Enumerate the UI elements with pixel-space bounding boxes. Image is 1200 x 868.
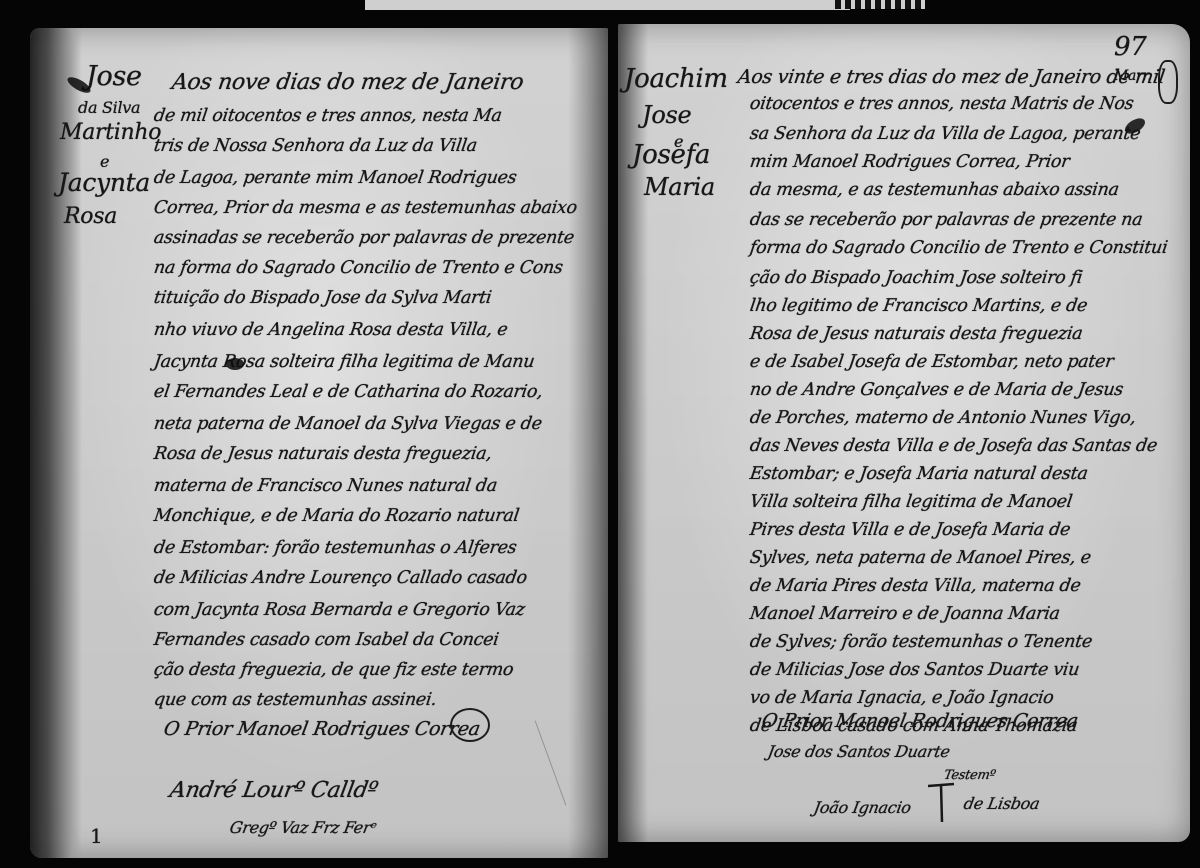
- entry-line: lho legitimo de Francisco Martins, e de: [749, 296, 1089, 316]
- signature-jose-dos-santos-duarte: Jose dos Santos Duarte: [766, 742, 951, 761]
- signature-prior: O Prior Manoel Rodrigues Correa: [162, 718, 482, 740]
- entry-line: na forma do Sagrado Concilio de Trento e…: [153, 258, 564, 278]
- entry-line: vo de Maria Ignacia, e João Ignacio: [749, 688, 1055, 708]
- entry-line: de Sylves; forão testemunhas o Tenente: [749, 632, 1094, 652]
- entry-line: Correa, Prior da mesma e as testemunhas …: [153, 198, 579, 218]
- right-page: 97 Marr. Joachim Jose e Josefa Maria Aos…: [618, 24, 1190, 842]
- left-page: Jose da Silva Martinho e Jacynta Rosa Ao…: [30, 28, 608, 858]
- margin-name-martinho: Martinho: [60, 118, 161, 148]
- entry-line: Fernandes casado com Isabel da Concei: [153, 630, 500, 650]
- entry-line: de Porches, materno de Antonio Nunes Vig…: [749, 408, 1138, 428]
- folio-number: 97: [1114, 32, 1146, 62]
- entry-line: de Estombar: forão testemunhas o Alferes: [153, 538, 518, 558]
- margin-name-joachim: Joachim: [624, 64, 728, 94]
- signature-de-lisboa: de Lisboa: [962, 794, 1041, 813]
- margin-name-rosa: Rosa: [64, 202, 117, 232]
- ink-blot: [226, 358, 244, 370]
- entry-line: assinadas se receberão por palavras de p…: [153, 228, 576, 248]
- margin-name-jose: Jose: [642, 100, 691, 130]
- gutter-shadow: [568, 28, 608, 858]
- entry-line: ção do Bispado Joachim Jose solteiro fi: [749, 268, 1084, 288]
- paper-crease: [535, 721, 567, 806]
- page-mark: 1: [90, 824, 102, 848]
- entry-line: Manoel Marreiro e de Joanna Maria: [749, 604, 1061, 624]
- entry-line: Estombar; e Josefa Maria natural desta: [749, 464, 1089, 484]
- entry-line: de mil oitocentos e tres annos, nesta Ma: [153, 106, 503, 126]
- signature-joao-ignacio: João Ignacio: [812, 798, 912, 817]
- entry-line: de Milicias Jose dos Santos Duarte viu: [749, 660, 1081, 680]
- entry-line: de Maria Pires desta Villa, materna de: [749, 576, 1082, 596]
- entry-line: Jacynta Rosa solteira filha legitima de …: [153, 352, 536, 372]
- page-edge-shadow: [30, 28, 82, 858]
- entry-line: forma do Sagrado Concilio de Trento e Co…: [749, 238, 1169, 258]
- entry-line: com Jacynta Rosa Bernarda e Gregorio Vaz: [153, 600, 526, 620]
- entry-line: Sylves, neta paterna de Manoel Pires, e: [749, 548, 1093, 568]
- signature-prior: O Prior Manoel Rodrigues Correa: [760, 710, 1080, 732]
- entry-line: Aos vinte e tres dias do mez de Janeiro …: [736, 66, 1166, 88]
- margin-name-jose: Jose: [86, 62, 142, 92]
- ruler-marks: [835, 0, 925, 9]
- entry-line: Pires desta Villa e de Josefa Maria de: [749, 520, 1072, 540]
- entry-line: Villa solteira filha legitima de Manoel: [749, 492, 1074, 512]
- cross-mark-icon: [926, 780, 956, 824]
- margin-name-da-silva: da Silva: [78, 98, 140, 117]
- entry-line: oitocentos e tres annos, nesta Matris de…: [749, 94, 1135, 114]
- entry-line: Rosa de Jesus naturais desta freguezia: [749, 324, 1084, 344]
- margin-name-josefa: Josefa: [632, 140, 710, 170]
- entry-line: de Lagoa, perante mim Manoel Rodrigues: [153, 168, 518, 188]
- margin-name-jacynta: Jacynta: [58, 168, 150, 198]
- book-scan: Jose da Silva Martinho e Jacynta Rosa Ao…: [0, 0, 1200, 868]
- signature-gregorio-vaz: Gregº Vaz Frz Ferᵉ: [228, 818, 378, 837]
- entry-line: e de Isabel Josefa de Estombar, neto pat…: [749, 352, 1115, 372]
- entry-line: de Milicias Andre Lourenço Callado casad…: [153, 568, 529, 588]
- entry-line: tris de Nossa Senhora da Luz da Villa: [153, 136, 479, 156]
- entry-line: sa Senhora da Luz da Villa de Lagoa, per…: [749, 124, 1142, 144]
- entry-line: materna de Francisco Nunes natural da: [153, 476, 499, 496]
- entry-line: das se receberão por palavras de prezent…: [749, 210, 1144, 230]
- entry-line: Rosa de Jesus naturais desta freguezia,: [153, 444, 493, 464]
- entry-line: da mesma, e as testemunhas abaixo assina: [749, 180, 1120, 200]
- entry-line: tituição do Bispado Jose da Sylva Marti: [153, 288, 493, 308]
- signature-flourish: [450, 708, 490, 742]
- entry-line: el Fernandes Leal e de Catharina do Roza…: [153, 382, 544, 402]
- entry-line: Monchique, e de Maria do Rozario natural: [153, 506, 521, 526]
- signature-andre-lourenco: André Lourº Calldº: [168, 778, 380, 803]
- entry-line: ção desta freguezia, de que fiz este ter…: [153, 660, 515, 680]
- scanner-ruler-tab: [365, 0, 850, 10]
- entry-line: nho viuvo de Angelina Rosa desta Villa, …: [153, 320, 509, 340]
- entry-line: mim Manoel Rodrigues Correa, Prior: [749, 152, 1071, 172]
- entry-line: das Neves desta Villa e de Josefa das Sa…: [749, 436, 1159, 456]
- margin-name-maria: Maria: [644, 172, 715, 202]
- entry-line: que com as testemunhas assinei.: [153, 690, 438, 710]
- entry-line: no de Andre Gonçalves e de Maria de Jesu…: [749, 380, 1125, 400]
- entry-line: neta paterna de Manoel da Sylva Viegas e…: [153, 414, 544, 434]
- entry-line: Aos nove dias do mez de Janeiro: [170, 70, 525, 95]
